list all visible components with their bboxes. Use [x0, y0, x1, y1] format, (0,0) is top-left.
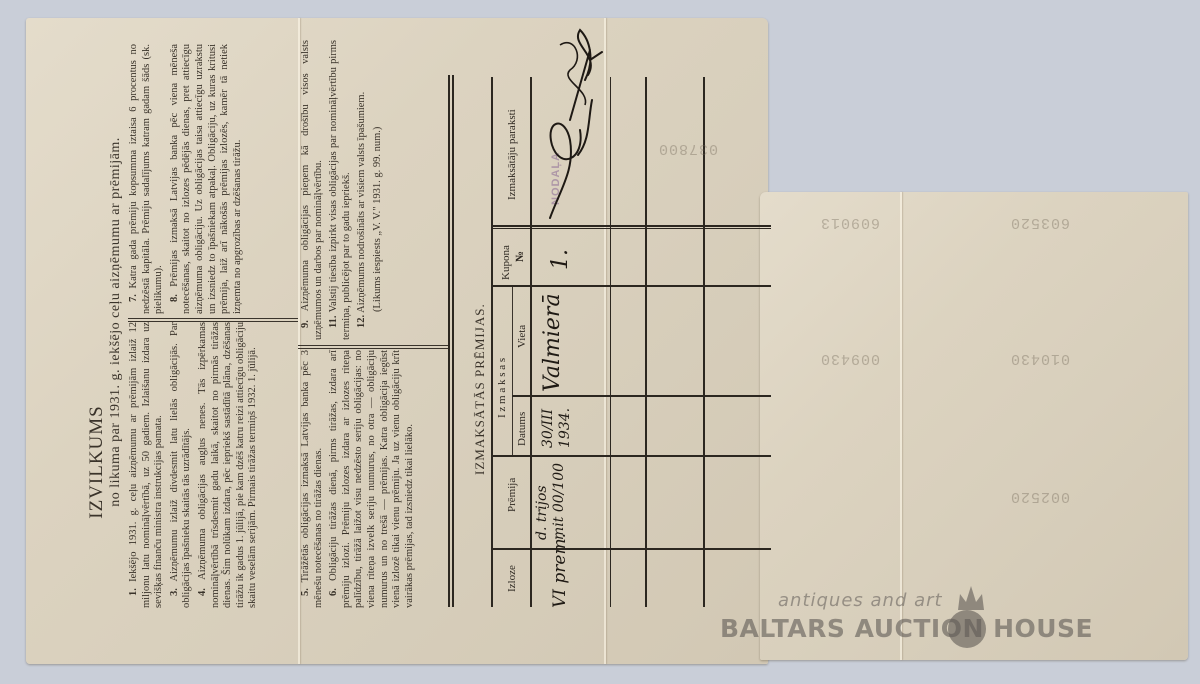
- header-izmaksas: I z m a k s a s: [496, 358, 508, 418]
- entry-premija: d. trijos mit 00/100: [534, 460, 568, 540]
- serial-number: 002520: [1010, 488, 1070, 505]
- header-kupona: Kupona: [500, 245, 512, 280]
- izmaksas-split: [512, 285, 513, 455]
- serial-number: 037800: [658, 140, 718, 157]
- column-separator: [491, 455, 771, 457]
- table-header-border: [491, 77, 493, 607]
- entry-vieta: Valmierā: [540, 293, 565, 392]
- text-column-2: 7. Katra gada prēmiju kopsumma iztaisa 6…: [128, 44, 247, 314]
- entry-datums: 30/III 1934.: [540, 386, 574, 448]
- signature: [530, 20, 610, 230]
- column-separator: [491, 548, 771, 550]
- header-premija: Prēmija: [506, 478, 518, 512]
- column-divider: [298, 348, 448, 349]
- column-divider: [298, 345, 448, 346]
- document-subtitle: no likuma par 1931. g. iekšējo ceļu aizņ…: [108, 32, 124, 612]
- row-line: [645, 77, 647, 607]
- header-izloze: Izloze: [506, 565, 518, 592]
- header-kupona-number: №: [514, 251, 526, 262]
- table-border: [452, 75, 454, 607]
- serial-number: 010430: [1010, 350, 1070, 367]
- text-column-1: 1. Iekšējo 1931. g. ceļu aizņēmumu ar pr…: [128, 322, 263, 608]
- entry-izloze: VI prem.: [550, 533, 570, 608]
- column-separator: [491, 285, 771, 287]
- text-column-3: 5. Tirāžētās obligācijas izmaksā Latvija…: [300, 350, 419, 608]
- table-border: [448, 75, 450, 607]
- column-divider: [128, 318, 298, 319]
- document-stub-extension: [760, 192, 1188, 660]
- fold-line: [900, 192, 902, 660]
- serial-number: 603520: [1010, 214, 1070, 231]
- table-title: IZMAKSĀTĀS PRĒMIJAS.: [472, 235, 488, 475]
- serial-number: 009430: [820, 350, 880, 367]
- header-paraksti: Izmaksātāju paraksti: [506, 109, 518, 200]
- footnote: (Likums iespiests „V. V." 1931. g. 99. n…: [372, 40, 385, 340]
- text-column-4: 9. Aizņēmuma obligācijas pieņem kā drošī…: [300, 40, 388, 340]
- header-datums: Datums: [516, 412, 528, 446]
- header-vieta: Vieta: [516, 325, 528, 348]
- document-title: IZVILKUMS: [86, 312, 108, 612]
- row-line: [610, 77, 611, 607]
- serial-number: 609013: [820, 214, 880, 231]
- entry-kupona: 1.: [548, 249, 573, 270]
